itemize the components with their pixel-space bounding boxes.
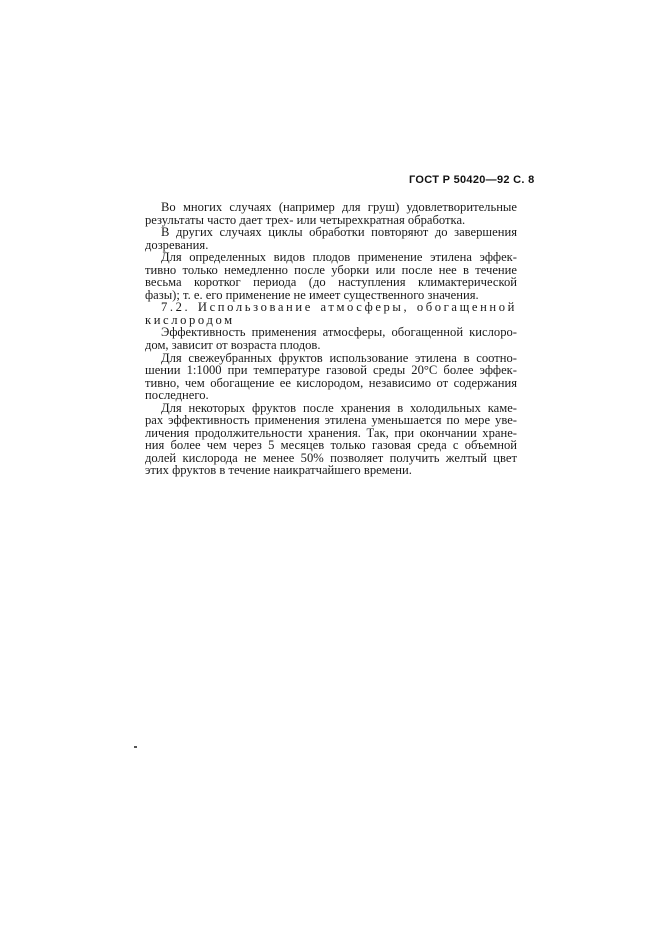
text-line: дом, зависит от возраста плодов. (145, 339, 517, 352)
text-line: этих фруктов в течение наикратчайшего вр… (145, 464, 517, 477)
text-line: Для определенных видов плодов применение… (145, 251, 517, 264)
text-line: В других случаях циклы обработки повторя… (145, 226, 517, 239)
paragraph-4: Эффективность применения атмосферы, обог… (145, 326, 517, 351)
section-heading-7-2: 7.2. Использование атмосферы, обогащенно… (145, 301, 517, 326)
paragraph-5: Для свежеубранных фруктов использование … (145, 352, 517, 402)
paragraph-6: Для некоторых фруктов после хранения в х… (145, 402, 517, 477)
paragraph-2: В других случаях циклы обработки повторя… (145, 226, 517, 251)
paragraph-1: Во многих случаях (например для груш) уд… (145, 201, 517, 226)
document-body: Во многих случаях (например для груш) уд… (145, 201, 517, 477)
text-line: шении 1:1000 при температуре газовой сре… (145, 364, 517, 377)
scan-speck (134, 746, 137, 748)
paragraph-3: Для определенных видов плодов применение… (145, 251, 517, 301)
text-line: Во многих случаях (например для груш) уд… (145, 201, 517, 214)
document-header: ГОСТ Р 50420—92 С. 8 (409, 174, 535, 186)
text-line: рах эффективность применения этилена уме… (145, 414, 517, 427)
text-line: последнего. (145, 389, 517, 402)
text-line: весьма коротког периода (до наступления … (145, 276, 517, 289)
